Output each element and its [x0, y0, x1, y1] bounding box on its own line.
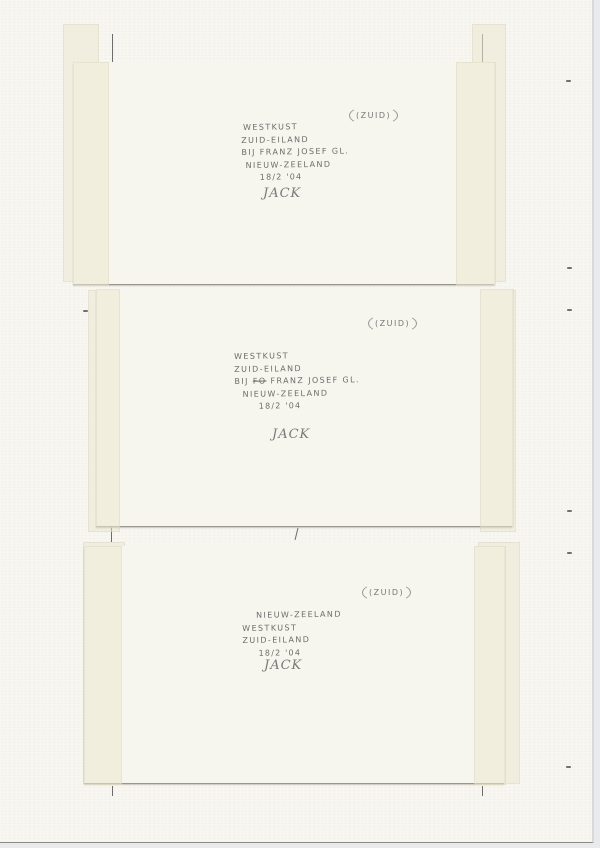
caption-rest: FRANZ JOSEF GL. — [270, 375, 360, 385]
date: 18/2 '04 — [235, 399, 361, 413]
zuid-label: (ZUID) — [368, 313, 417, 334]
caption-line-3: BIJ FO FRANZ JOSEF GL. — [234, 374, 360, 388]
crop-mark-top-left — [112, 34, 113, 62]
date: 18/2 '04 — [242, 170, 350, 184]
crop-mark-bottom-right — [482, 786, 483, 796]
signature: JACK — [263, 186, 301, 201]
margin-dash — [567, 510, 572, 512]
tape-strip — [84, 546, 122, 785]
handwritten-caption: WESTKUST ZUID-EILAND BIJ FO FRANZ JOSEF … — [234, 349, 360, 413]
note-card-1: (ZUID) WESTKUST ZUID-EILAND BIJ FRANZ JO… — [73, 62, 494, 284]
zuid-label: (ZUID) — [349, 105, 398, 126]
pencil-tick-mid — [295, 528, 299, 540]
tape-strip — [456, 62, 496, 286]
margin-dash — [566, 766, 571, 768]
handwritten-caption: WESTKUST ZUID-EILAND BIJ FRANZ JOSEF GL.… — [241, 120, 350, 184]
margin-dash — [567, 309, 572, 311]
margin-dash — [567, 267, 572, 269]
tape-strip — [96, 289, 120, 528]
signature: JACK — [272, 427, 310, 442]
caption-line: NIEUW-ZEELAND — [242, 609, 342, 623]
mounting-sheet: (ZUID) WESTKUST ZUID-EILAND BIJ FRANZ JO… — [0, 0, 594, 843]
note-card-2: (ZUID) WESTKUST ZUID-EILAND BIJ FO FRANZ… — [96, 289, 512, 526]
zuid-label: (ZUID) — [362, 582, 411, 603]
margin-dash — [567, 552, 572, 554]
signature: JACK — [264, 658, 302, 673]
handwritten-caption: NIEUW-ZEELAND WESTKUST ZUID-EILAND 18/2 … — [242, 609, 342, 660]
struck-text: FO — [253, 377, 267, 386]
crop-mark-bottom-left — [112, 786, 113, 796]
caption-prefix: BIJ — [234, 377, 249, 386]
caption-line: BIJ FRANZ JOSEF GL. — [241, 145, 349, 159]
tape-strip — [480, 289, 514, 528]
tape-strip — [474, 546, 506, 785]
note-card-3: (ZUID) NIEUW-ZEELAND WESTKUST ZUID-EILAN… — [84, 546, 504, 783]
tape-strip — [73, 62, 109, 286]
margin-dash — [566, 80, 571, 82]
